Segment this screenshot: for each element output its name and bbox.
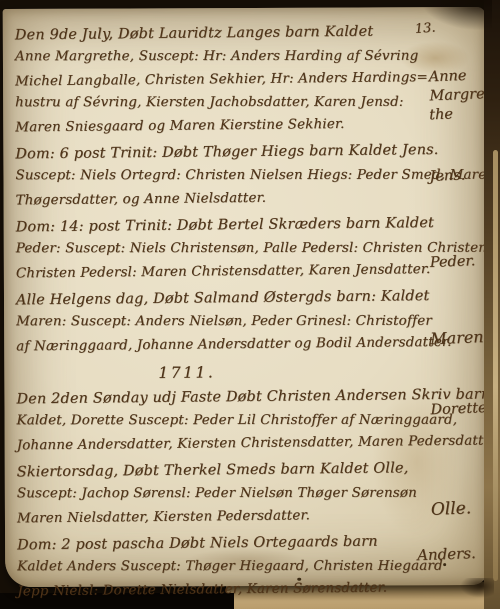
margin-note-child-name: Dorette. — [430, 400, 491, 419]
entry-line: Maren: Suscept: Anders Nielsøn, Peder Gr… — [16, 310, 475, 334]
binding-edge — [484, 0, 500, 609]
baptism-entry: Alle Helgens dag, Døbt Salmand Østergds … — [16, 286, 475, 357]
baptism-entry: Dom: 14: post Trinit: Døbt Bertel Skræde… — [16, 213, 475, 284]
margin-note-child-name: Olle. — [431, 500, 471, 519]
entry-line: Dom: 14: post Trinit: Døbt Bertel Skræde… — [16, 212, 475, 240]
baptism-entry: Den 2den Sønday udj Faste Døbt Christen … — [16, 385, 475, 456]
margin-note-child-name: Maren. — [430, 328, 489, 347]
entry-line: Christen Pedersl: Maren Christensdatter,… — [16, 258, 475, 286]
entry-line: Dom: 6 post Trinit: Døbt Thøger Hiegs ba… — [15, 139, 474, 167]
baptism-entry: Skiertorsdag, Døbt Therkel Smeds barn Ka… — [17, 458, 476, 529]
margin-note-child-name: Jens. — [429, 167, 465, 186]
entry-line: Peder: Suscept: Niels Christensøn, Palle… — [16, 237, 475, 261]
margin-note-child-name: Peder. — [430, 253, 476, 272]
entry-line: Suscept: Jachop Sørensl: Peder Nielsøn T… — [17, 482, 476, 506]
page-edge-highlight — [493, 150, 498, 581]
handwritten-text-area: 13. Den 9de July, Døbt Lauridtz Langes b… — [15, 13, 476, 579]
entry-line: Den 2den Sønday udj Faste Døbt Christen … — [16, 384, 475, 412]
entry-line: Skiertorsdag, Døbt Therkel Smeds barn Ka… — [17, 457, 476, 485]
entry-line: Kaldet, Dorette Suscept: Peder Lil Chris… — [17, 409, 476, 433]
entry-line: Maren Sniesgaard og Maren Kierstine Sekh… — [15, 112, 474, 140]
entry-line: Suscept: Niels Ortegrd: Christen Nielsen… — [15, 164, 474, 188]
entry-line: Dom: 2 post pascha Døbt Niels Ortegaards… — [17, 530, 476, 558]
top-right-corner-shadow — [422, 0, 492, 30]
entry-line: Kaldet Anders Suscept: Thøger Hiegaard, … — [17, 555, 476, 579]
entry-line: Thøgersdatter, og Anne Nielsdatter. — [15, 185, 474, 213]
entry-line: af Næringgaard, Johanne Andersdatter og … — [16, 331, 475, 359]
entry-line: Johanne Andersdatter, Kiersten Christens… — [17, 430, 476, 458]
margin-note-child-name: Anders. — [417, 545, 476, 564]
baptism-entry: Dom: 2 post pascha Døbt Niels Ortegaards… — [17, 531, 476, 602]
bottom-right-corner-curl — [460, 578, 494, 598]
scanned-register-photo: 13. Den 9de July, Døbt Lauridtz Langes b… — [0, 0, 500, 609]
baptism-entry: Dom: 6 post Trinit: Døbt Thøger Hiegs ba… — [15, 140, 474, 211]
entry-line: Maren Nielsdatter, Kiersten Pedersdatter… — [17, 503, 476, 531]
entry-line: hustru af Sévring, Kiersten Jachobsdatte… — [15, 91, 474, 115]
baptism-entry: Den 9de July, Døbt Lauridtz Langes barn … — [15, 21, 474, 138]
manuscript-page: 13. Den 9de July, Døbt Lauridtz Langes b… — [3, 7, 489, 587]
entries-column: Den 9de July, Døbt Lauridtz Langes barn … — [15, 13, 477, 602]
entry-line: Alle Helgens dag, Døbt Salmand Østergds … — [16, 285, 475, 313]
entry-line: Michel Langballe, Christen Sekhier, Hr: … — [15, 66, 474, 94]
entry-line: Den 9de July, Døbt Lauridtz Langes barn … — [15, 20, 474, 48]
entry-line: Anne Margrethe, Suscept: Hr: Anders Hard… — [15, 45, 474, 69]
year-heading: 1711. — [16, 357, 475, 387]
entry-line: Jepp Nielsl: Dorette Nielsdatter, Karen … — [17, 576, 476, 604]
